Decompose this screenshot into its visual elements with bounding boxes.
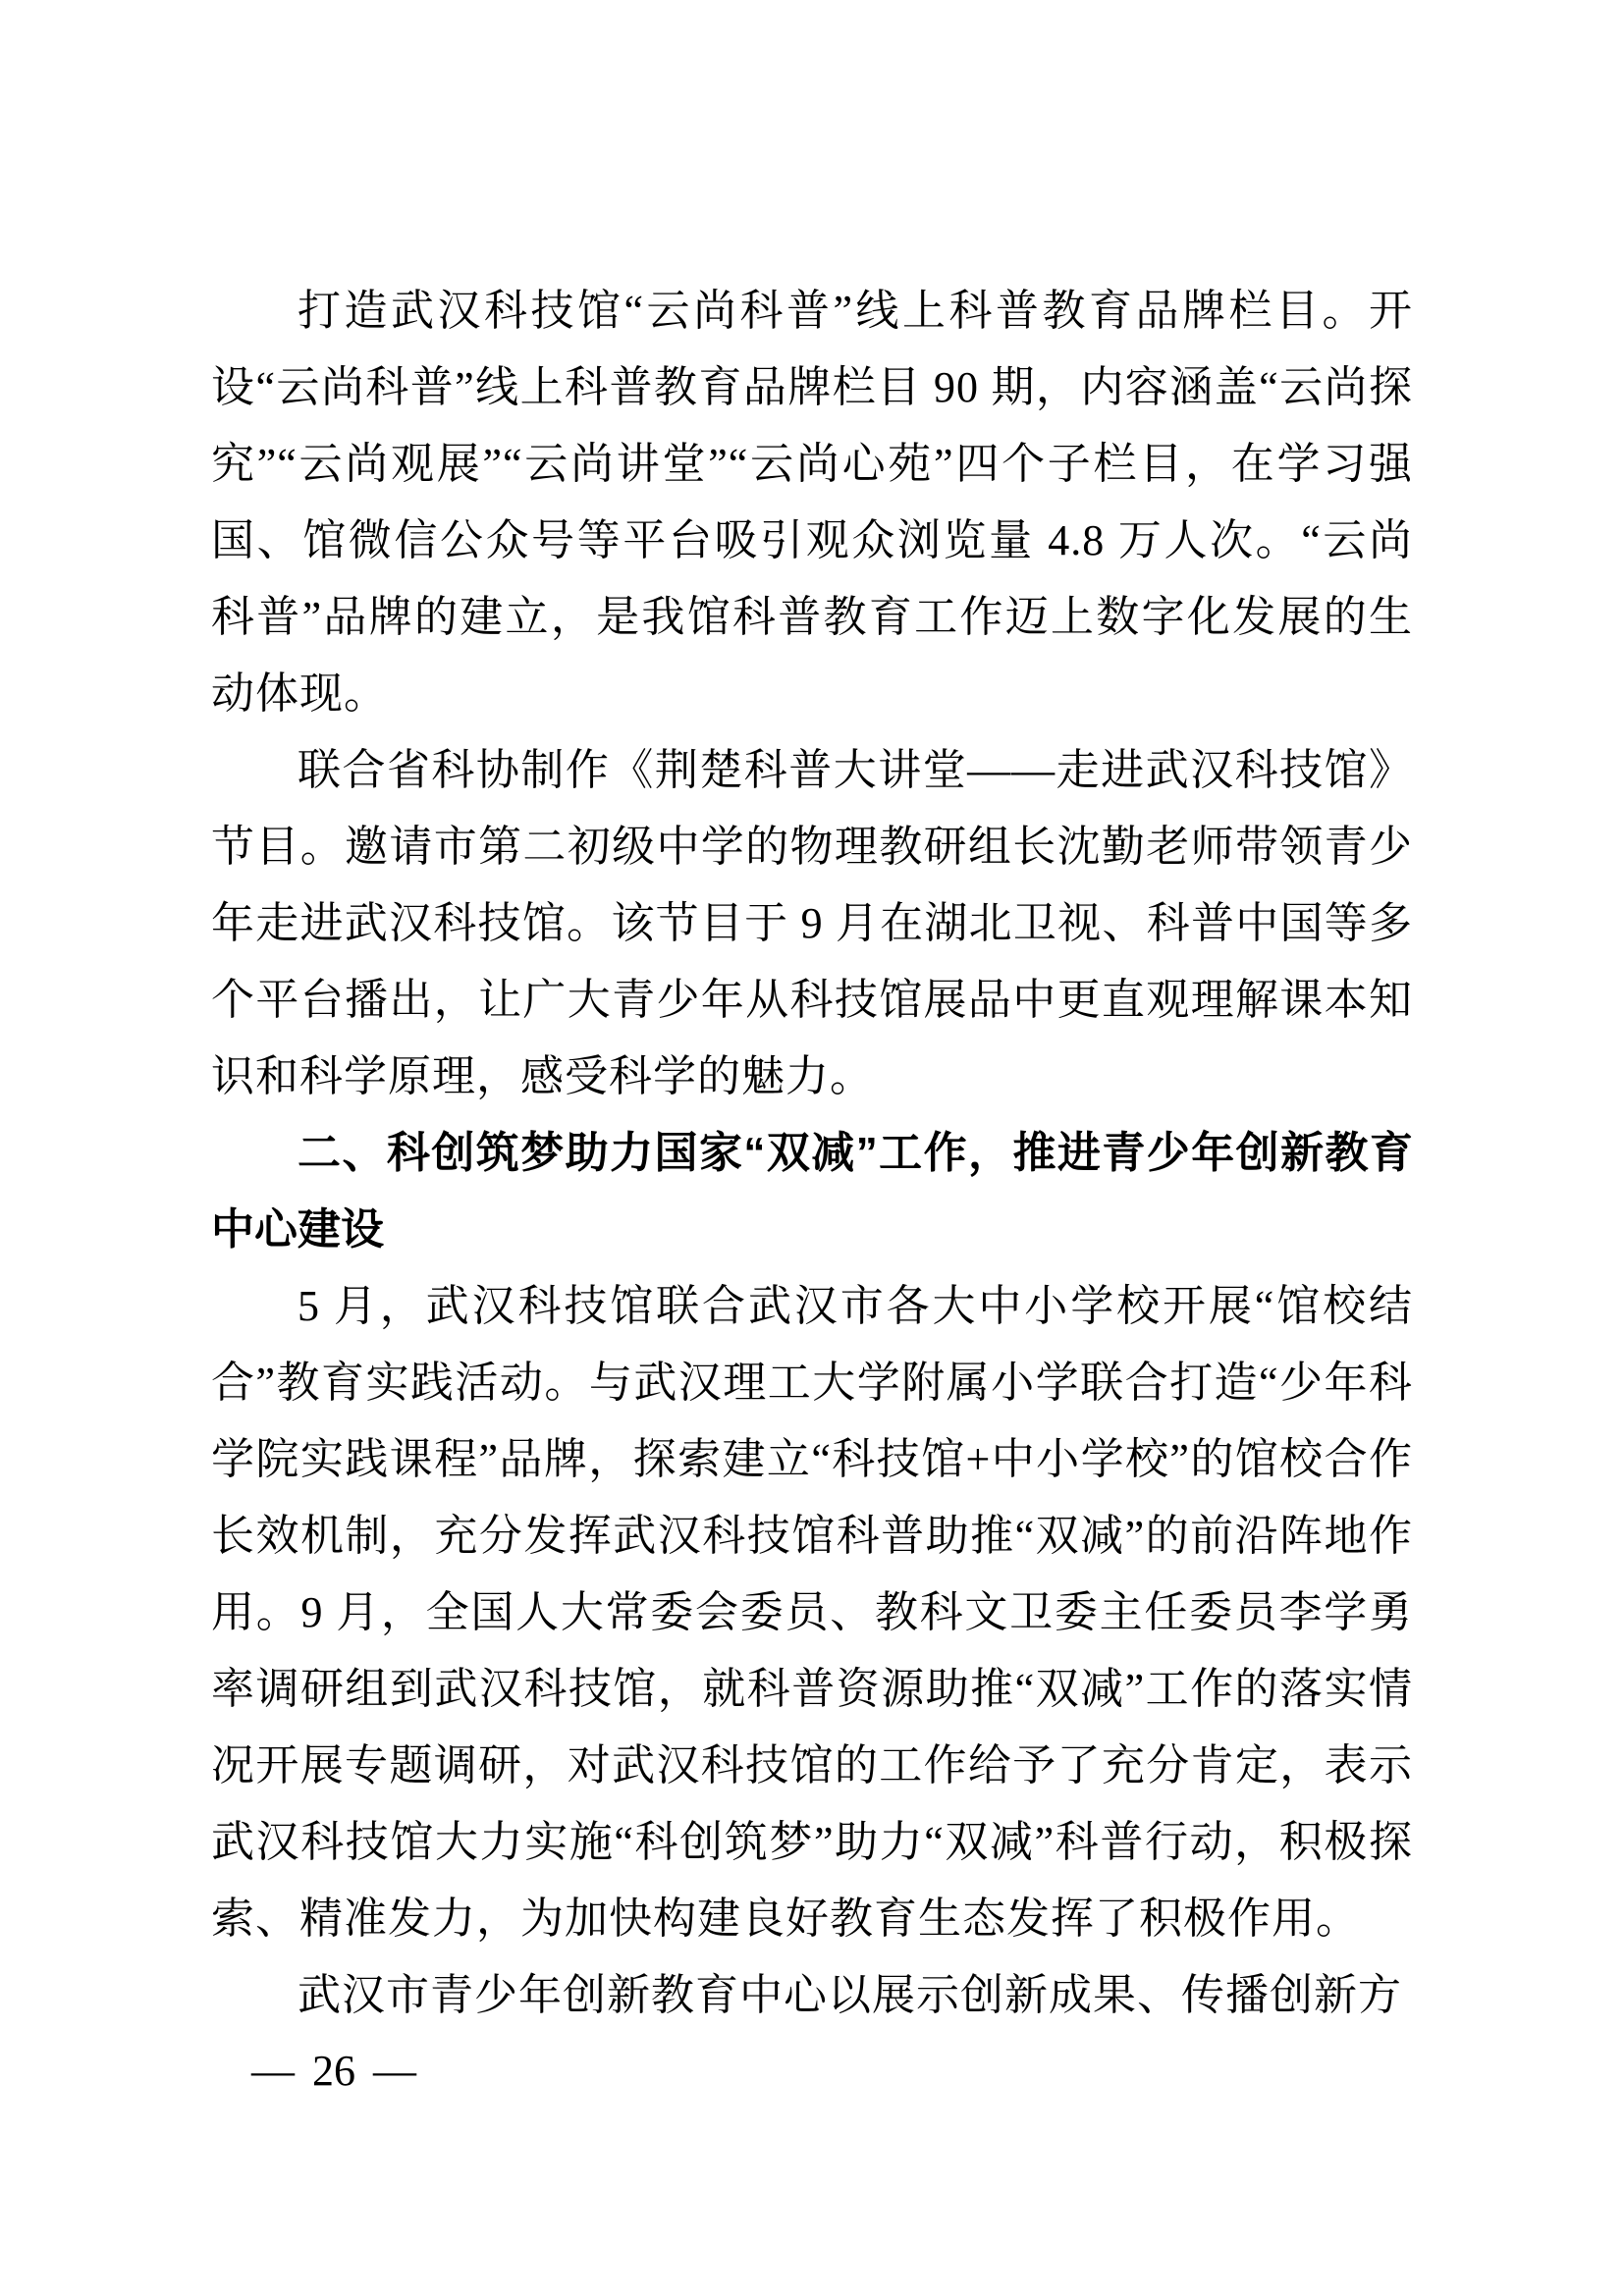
page-number: 26 bbox=[312, 2050, 355, 2093]
paragraph-jingchu-lecture: 联合省科协制作《荆楚科普大讲堂——走进武汉科技馆》节目。邀请市第二初级中学的物理… bbox=[211, 732, 1413, 1115]
document-page: 打造武汉科技馆“云尚科普”线上科普教育品牌栏目。开设“云尚科普”线上科普教育品牌… bbox=[0, 0, 1624, 2296]
section-heading-two: 二、科创筑梦助力国家“双减”工作，推进青少年创新教育中心建设 bbox=[211, 1115, 1413, 1268]
page-footer: — 26 — bbox=[251, 2050, 416, 2093]
footer-dash-right: — bbox=[373, 2050, 416, 2093]
footer-dash-left: — bbox=[251, 2050, 295, 2093]
document-body: 打造武汉科技馆“云尚科普”线上科普教育品牌栏目。开设“云尚科普”线上科普教育品牌… bbox=[211, 273, 1413, 2034]
paragraph-innovation-center: 武汉市青少年创新教育中心以展示创新成果、传播创新方 bbox=[211, 1957, 1413, 2034]
paragraph-shuangjian-work: 5 月，武汉科技馆联合武汉市各大中小学校开展“馆校结合”教育实践活动。与武汉理工… bbox=[211, 1268, 1413, 1957]
paragraph-yunshang-kepu: 打造武汉科技馆“云尚科普”线上科普教育品牌栏目。开设“云尚科普”线上科普教育品牌… bbox=[211, 273, 1413, 732]
